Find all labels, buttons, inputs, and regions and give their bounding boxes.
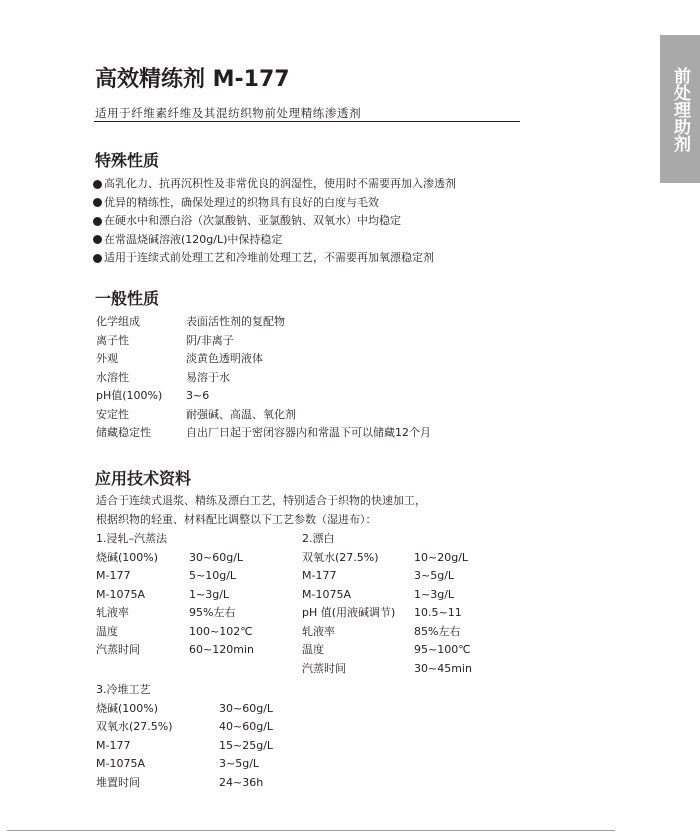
bullet-icon [93, 180, 102, 189]
table-row: M-1075A3~5g/L [96, 755, 273, 774]
list-item: 在硬水中和漂白浴（次氯酸钠、亚氯酸钠、双氧水）中均稳定 [93, 212, 456, 231]
table-row: M-17715~25g/L [96, 737, 273, 756]
page-subtitle: 适用于纤维素纤维及其混纺织物前处理精练渗透剂 [95, 105, 361, 121]
intro-line: 适合于连续式退浆、精练及漂白工艺，特别适合于织物的快速加工， [96, 492, 426, 511]
footer-divider [7, 830, 615, 831]
process-pad-steam: 1.浸轧–汽蒸法 烧碱(100%)30~60g/L M-1775~10g/L M… [96, 530, 254, 660]
table-row: M-1773~5g/L [302, 567, 472, 586]
table-row: pH值(100%)3~6 [96, 387, 431, 406]
table-row: pH 值(用液碱调节)10.5~11 [302, 604, 472, 623]
table-row: 双氧水(27.5%)40~60g/L [96, 718, 273, 737]
table-row: 轧液率85%左右 [302, 623, 472, 642]
bullet-icon [93, 254, 102, 263]
table-row: M-1775~10g/L [96, 567, 254, 586]
list-item: 高乳化力、抗再沉积性及非常优良的润湿性，使用时不需要再加入渗透剂 [93, 175, 456, 194]
table-row: 外观淡黄色透明液体 [96, 350, 431, 369]
table-row: 堆置时间24~36h [96, 774, 273, 793]
bullet-icon [93, 198, 102, 207]
intro-line: 根据织物的轻重、材料配比调整以下工艺参数（湿进布）： [96, 511, 426, 530]
list-item: 适用于连续式前处理工艺和冷堆前处理工艺，不需要再加氧漂稳定剂 [93, 249, 456, 268]
table-row: 温度95~100℃ [302, 641, 472, 660]
general-properties-table: 化学组成表面活性剂的复配物 离子性阴/非离子 外观淡黄色透明液体 水溶性易溶于水… [96, 313, 431, 443]
table-row: 储藏稳定性自出厂日起于密闭容器内和常温下可以储藏12个月 [96, 424, 431, 443]
table-row: 安定性耐强碱、高温、氧化剂 [96, 406, 431, 425]
process-bleaching: 2.漂白 双氧水(27.5%)10~20g/L M-1773~5g/L M-10… [302, 530, 472, 678]
table-row: 汽蒸时间60~120min [96, 641, 254, 660]
bullet-icon [93, 235, 102, 244]
general-properties-heading: 一般性质 [95, 289, 159, 309]
process-cold-batch: 3.冷堆工艺 烧碱(100%)30~60g/L 双氧水(27.5%)40~60g… [96, 681, 273, 792]
table-row: 烧碱(100%)30~60g/L [96, 549, 254, 568]
process-title: 1.浸轧–汽蒸法 [96, 530, 254, 549]
process-title: 3.冷堆工艺 [96, 681, 273, 700]
table-row: 水溶性易溶于水 [96, 369, 431, 388]
table-row: 烧碱(100%)30~60g/L [96, 700, 273, 719]
special-properties-heading: 特殊性质 [95, 151, 159, 171]
special-properties-list: 高乳化力、抗再沉积性及非常优良的润湿性，使用时不需要再加入渗透剂 优异的精练性，… [93, 175, 456, 268]
table-row: 轧液率95%左右 [96, 604, 254, 623]
table-row: M-1075A1~3g/L [302, 586, 472, 605]
table-row: 温度100~102℃ [96, 623, 254, 642]
bullet-icon [93, 217, 102, 226]
category-side-tab: 前处理助剂 [660, 35, 700, 183]
table-row: M-1075A1~3g/L [96, 586, 254, 605]
table-row: 汽蒸时间30~45min [302, 660, 472, 679]
table-row: 离子性阴/非离子 [96, 332, 431, 351]
category-label: 前处理助剂 [670, 67, 690, 152]
list-item: 优异的精练性，确保处理过的织物具有良好的白度与毛效 [93, 194, 456, 213]
list-item: 在常温烧碱溶液(120g/L)中保持稳定 [93, 231, 456, 250]
subtitle-divider [94, 121, 520, 122]
page-title: 高效精练剂 M-177 [95, 66, 290, 94]
table-row: 双氧水(27.5%)10~20g/L [302, 549, 472, 568]
table-row: 化学组成表面活性剂的复配物 [96, 313, 431, 332]
application-heading: 应用技术资料 [95, 469, 191, 489]
process-title: 2.漂白 [302, 530, 472, 549]
application-intro: 适合于连续式退浆、精练及漂白工艺，特别适合于织物的快速加工， 根据织物的轻重、材… [96, 492, 426, 529]
